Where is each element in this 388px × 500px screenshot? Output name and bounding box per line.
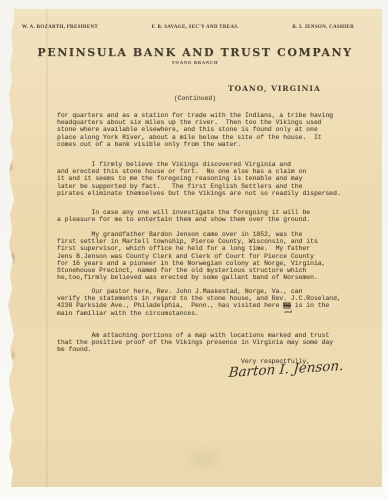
- paragraph-map-attachment: Am attaching portions of a map with loca…: [57, 332, 369, 354]
- company-name: PENINSULA BANK AND TRUST COMPANY: [8, 46, 382, 59]
- letter-paper: W. A. BOZARTH, PRESIDENT F. B. SAVAGE, S…: [8, 9, 382, 487]
- paragraph-investigate: In case any one will investigate the for…: [57, 209, 369, 223]
- continued-label: (Continued): [8, 95, 382, 102]
- officer-secretary-treasurer: F. B. SAVAGE, SEC'Y AND TREAS.: [152, 25, 239, 30]
- paragraph-grandfather: My grandfather Bardon Jenson came over i…: [57, 231, 369, 281]
- paragraph-trade-station: for quarters and as a station for trade …: [57, 112, 369, 148]
- branch-name: TOANO BRANCH: [8, 60, 382, 65]
- correction-wrap: heand: [283, 302, 291, 309]
- paragraph-pastor: Our pastor here, Rev. John J.Maakestad, …: [57, 288, 369, 317]
- paragraph-firmly-believe: I firmly believe the Vikings discovered …: [57, 161, 369, 197]
- officer-president: W. A. BOZARTH, PRESIDENT: [22, 25, 98, 30]
- letterhead-officers: W. A. BOZARTH, PRESIDENT F. B. SAVAGE, S…: [22, 25, 354, 30]
- handwritten-correction: and: [284, 308, 292, 315]
- letter-location: TOANO, VIRGINIA: [228, 84, 321, 93]
- officer-cashier: B. I. JENSON, CASHIER: [292, 25, 354, 30]
